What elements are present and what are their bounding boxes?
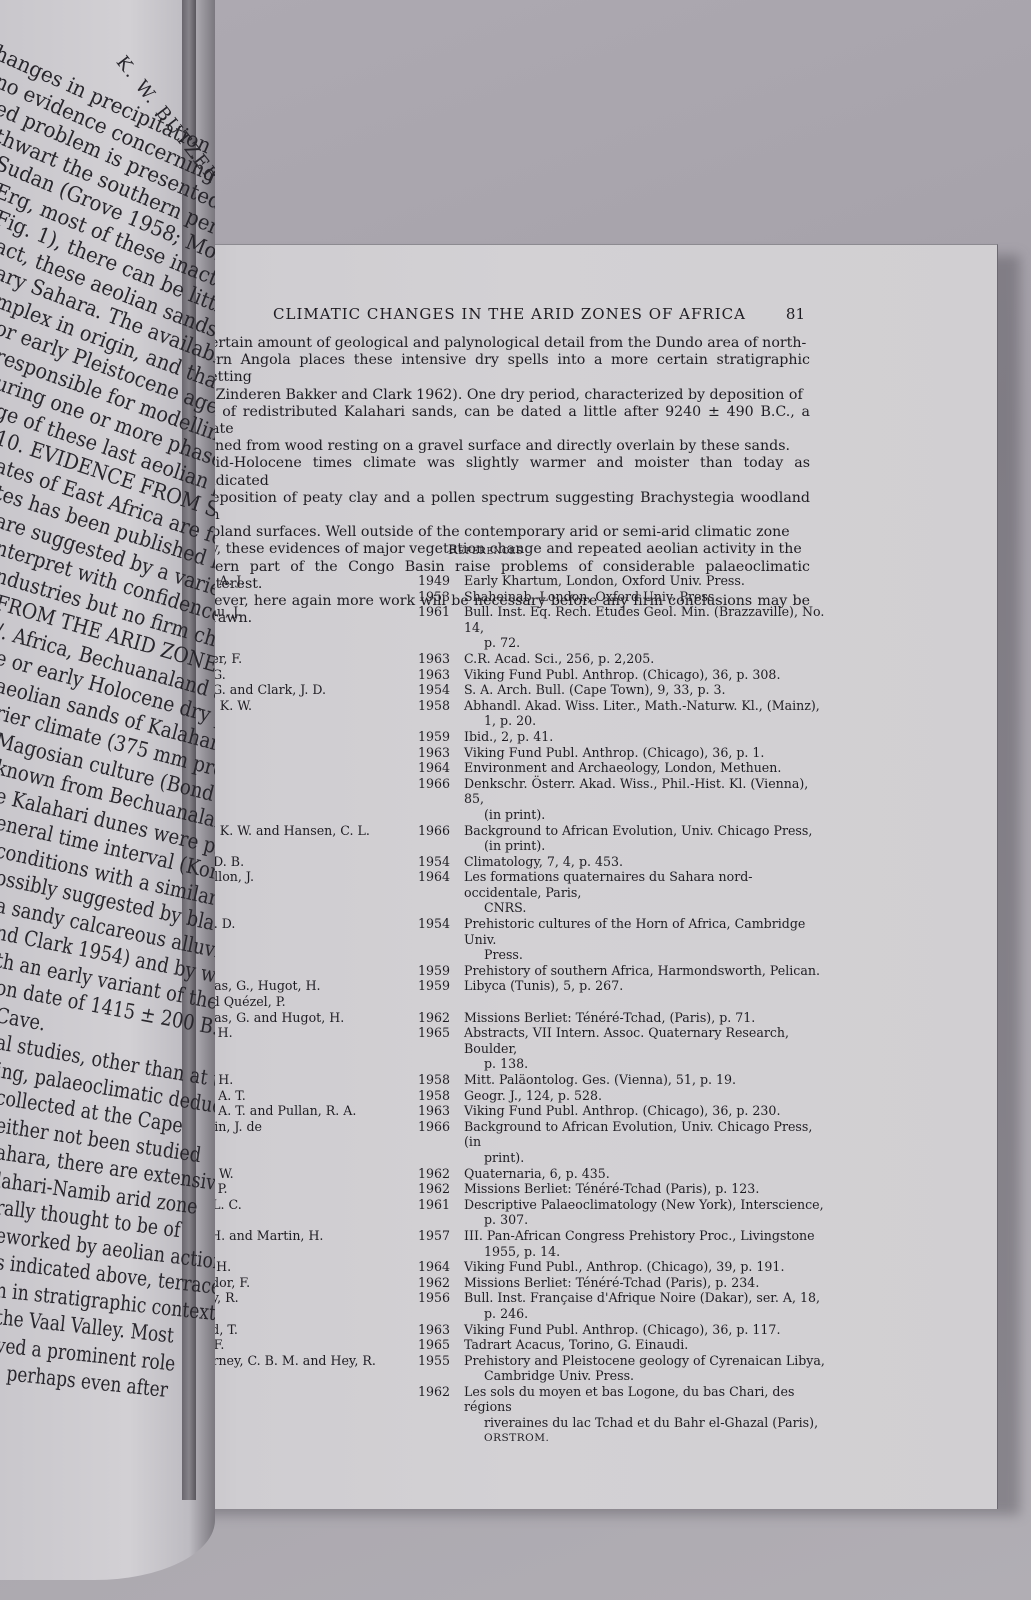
reference-year: 1964 — [388, 1259, 464, 1275]
body-line: m of redistributed Kalahari sands, can b… — [202, 404, 810, 438]
body-line: deposition of peaty clay and a pollen sp… — [202, 490, 810, 524]
reference-author: rn, H. and Martin, H. — [188, 1228, 388, 1259]
reference-year: 1963 — [388, 1322, 464, 1338]
reference-entry: librias, G. and Hugot, H.1962Missions Be… — [188, 1010, 828, 1026]
reference-entry: abador, F.1962Missions Berliet: Ténéré-T… — [188, 1275, 828, 1291]
reference-entry: onod, T.1963Viking Fund Publ. Anthrop. (… — [188, 1322, 828, 1338]
reference-source: Quaternaria, 6, p. 435. — [464, 1166, 828, 1182]
reference-source: Viking Fund Publ. Anthrop. (Chicago), 36… — [464, 1322, 828, 1338]
reference-source: Viking Fund Publ. Anthrop. (Chicago), 36… — [464, 1103, 828, 1119]
reference-author: auny, R. — [188, 1290, 388, 1321]
reference-author: onod, T. — [188, 1322, 388, 1338]
running-head: CLIMATIC CHANGES IN THE ARID ZONES OF AF… — [273, 305, 746, 323]
reference-entry: ng, L. C.1961Descriptive Palaeoclimatolo… — [188, 1197, 828, 1228]
reference-year: 1965 — [388, 1025, 464, 1072]
reference-year: 1962 — [388, 1181, 464, 1197]
reference-author — [188, 729, 388, 745]
reference-entry: ucher, F.1963C.R. Acad. Sci., 256, p. 2,… — [188, 651, 828, 667]
reference-entry: availlon, J.1964Les formations quaternai… — [188, 869, 828, 916]
reference-year: 1962 — [388, 1166, 464, 1182]
reference-entry: rn, H. and Martin, H.1957III. Pan-Africa… — [188, 1228, 828, 1259]
reference-author: librias, G., Hugot, H. and Quézel, P. — [188, 978, 388, 1009]
reference-year: 1963 — [388, 1103, 464, 1119]
reference-source: Background to African Evolution, Univ. C… — [464, 1119, 828, 1166]
reference-entry: ure, H.1965Abstracts, VII Intern. Assoc.… — [188, 1025, 828, 1072]
reference-source: S. A. Arch. Bull. (Cape Town), 9, 33, p.… — [464, 682, 828, 698]
body-line: upland surfaces. Well outside of the con… — [202, 524, 810, 541]
reference-author: ter, D. B. — [188, 854, 388, 870]
reference-author — [188, 760, 388, 776]
reference-source: Prehistory of southern Africa, Harmondsw… — [464, 963, 828, 979]
reference-entry: cBurney, C. B. M. and Hey, R. W.1955Preh… — [188, 1353, 828, 1384]
reference-year: 1963 — [388, 667, 464, 683]
reference-source: Bull. Inst. Française d'Afrique Noire (D… — [464, 1290, 828, 1321]
references-heading: References — [448, 543, 523, 558]
reference-entry: tzer, K. W. and Hansen, C. L.1966Backgro… — [188, 823, 828, 854]
reference-source: Ibid., 2, p. 41. — [464, 729, 828, 745]
reference-author: ori, F. — [188, 1337, 388, 1353]
reference-entry: 1964Environment and Archaeology, London,… — [188, 760, 828, 776]
reference-source: Missions Berliet: Ténéré-Tchad (Paris), … — [464, 1181, 828, 1197]
reference-author: librias, G. and Hugot, H. — [188, 1010, 388, 1026]
reference-entry: ori, F.1965Tadrart Acacus, Torino, G. Ei… — [188, 1337, 828, 1353]
reference-year: 1964 — [388, 760, 464, 776]
reference-source: Prehistoric cultures of the Horn of Afri… — [464, 916, 828, 963]
reference-year: 1953 — [388, 589, 464, 605]
reference-source: Denkschr. Österr. Akad. Wiss., Phil.-His… — [464, 776, 828, 823]
reference-entry: 1963Viking Fund Publ. Anthrop. (Chicago)… — [188, 745, 828, 761]
reference-year: 1958 — [388, 1088, 464, 1104]
reference-author: tzer, K. W. — [188, 698, 388, 729]
reference-source: Abstracts, VII Intern. Assoc. Quaternary… — [464, 1025, 828, 1072]
reference-source: Missions Berliet: Ténéré-Tchad (Paris), … — [464, 1275, 828, 1291]
reference-source: III. Pan-African Congress Prehistory Pro… — [464, 1228, 828, 1259]
page-number: 81 — [786, 305, 805, 323]
reference-source: Libyca (Tunis), 5, p. 267. — [464, 978, 828, 1009]
reference-author: nd, G. and Clark, J. D. — [188, 682, 388, 698]
reference-author: rk, J. D. — [188, 916, 388, 963]
body-line: ained from wood resting on a gravel surf… — [202, 438, 810, 455]
reference-author: ote, H. — [188, 1259, 388, 1275]
reference-source: Bull. Inst. Eq. Rech. Etudes Geol. Min. … — [464, 604, 828, 651]
reference-entry: 1953Shaheinab, London, Oxford Univ. Pres… — [188, 589, 828, 605]
reference-author: s, J. — [188, 1384, 388, 1446]
body-line: tern Angola places these intensive dry s… — [202, 352, 810, 386]
reference-year: 1965 — [388, 1337, 464, 1353]
right-page: CLIMATIC CHANGES IN THE ARID ZONES OF AF… — [118, 244, 998, 1509]
reference-year: 1959 — [388, 729, 464, 745]
reference-author: ove, A. T. and Pullan, R. A. — [188, 1103, 388, 1119]
reference-year: 1961 — [388, 604, 464, 651]
reference-entry: 1959Prehistory of southern Africa, Harmo… — [188, 963, 828, 979]
reference-author: abador, F. — [188, 1275, 388, 1291]
reference-year: 1961 — [388, 1197, 464, 1228]
reference-year: 1955 — [388, 1353, 464, 1384]
reference-entry: librias, G., Hugot, H. and Quézel, P.195… — [188, 978, 828, 1009]
reference-author: tzer, K. W. and Hansen, C. L. — [188, 823, 388, 854]
reference-entry: rk, J. D.1954Prehistoric cultures of the… — [188, 916, 828, 963]
reference-author — [188, 963, 388, 979]
left-page: K. W. BUTZERhanges in precipitation or e… — [0, 0, 215, 1580]
reference-author: ng, L. C. — [188, 1197, 388, 1228]
reference-source: Abhandl. Akad. Wiss. Liter., Math.-Natur… — [464, 698, 828, 729]
body-line: n Zinderen Bakker and Clark 1962). One d… — [202, 387, 810, 404]
reference-author: ure, H. — [188, 1025, 388, 1072]
reference-year: 1958 — [388, 1072, 464, 1088]
reference-entry: nd, G. and Clark, J. D.1954S. A. Arch. B… — [188, 682, 828, 698]
reference-source: Climatology, 7, 4, p. 453. — [464, 854, 828, 870]
reference-source: Viking Fund Publ. Anthrop. (Chicago), 36… — [464, 745, 828, 761]
reference-entry: ote, H.1964Viking Fund Publ., Anthrop. (… — [188, 1259, 828, 1275]
reference-entry: anz, H.1958Mitt. Paläontolog. Ges. (Vien… — [188, 1072, 828, 1088]
reference-author: availlon, J. — [188, 869, 388, 916]
reference-entry: tzer, K. W.1958Abhandl. Akad. Wiss. Lite… — [188, 698, 828, 729]
reference-year: 1966 — [388, 1119, 464, 1166]
reference-year: 1954 — [388, 854, 464, 870]
reference-author: nd, G. — [188, 667, 388, 683]
reference-entry: ove, A. T.1958Geogr. J., 124, p. 528. — [188, 1088, 828, 1104]
reference-source: Viking Fund Publ. Anthrop. (Chicago), 36… — [464, 667, 828, 683]
body-line: certain amount of geological and palynol… — [202, 335, 810, 352]
reference-source: C.R. Acad. Sci., 256, p. 2,205. — [464, 651, 828, 667]
reference-year: 1954 — [388, 916, 464, 963]
reference-source: Geogr. J., 124, p. 528. — [464, 1088, 828, 1104]
reference-author: rbeau, J. — [188, 604, 388, 651]
reference-entry: ter, D. B.1954Climatology, 7, 4, p. 453. — [188, 854, 828, 870]
reference-author: ove, A. T. — [188, 1088, 388, 1104]
reference-entry: rbeau, J.1961Bull. Inst. Eq. Rech. Etude… — [188, 604, 828, 651]
reference-source: Background to African Evolution, Univ. C… — [464, 823, 828, 854]
reference-source: Viking Fund Publ., Anthrop. (Chicago), 3… — [464, 1259, 828, 1275]
references-list: kell, A. J.1949Early Khartum, London, Ox… — [188, 573, 828, 1446]
reference-author — [188, 776, 388, 823]
reference-entry: s, J.1962Les sols du moyen et bas Logone… — [188, 1384, 828, 1446]
reference-author: cBurney, C. B. M. and Hey, R. W. — [188, 1353, 388, 1384]
reference-year: 1949 — [388, 573, 464, 589]
reference-source: Les formations quaternaires du Sahara no… — [464, 869, 828, 916]
reference-author: ard, P. — [188, 1181, 388, 1197]
reference-year: 1963 — [388, 745, 464, 761]
reference-source: Prehistory and Pleistocene geology of Cy… — [464, 1353, 828, 1384]
reference-entry: nd, G.1963Viking Fund Publ. Anthrop. (Ch… — [188, 667, 828, 683]
reference-author — [188, 745, 388, 761]
reference-entry: ove, A. T. and Pullan, R. A.1963Viking F… — [188, 1103, 828, 1119]
reference-year: 1954 — [388, 682, 464, 698]
reference-year: 1963 — [388, 651, 464, 667]
reference-source: Early Khartum, London, Oxford Univ. Pres… — [464, 573, 828, 589]
reference-year: 1959 — [388, 963, 464, 979]
reference-author — [188, 589, 388, 605]
reference-entry: kell, A. J.1949Early Khartum, London, Ox… — [188, 573, 828, 589]
reference-entry: nzelin, J. de1966Background to African E… — [188, 1119, 828, 1166]
reference-entry: auny, R.1956Bull. Inst. Française d'Afri… — [188, 1290, 828, 1321]
reference-year: 1957 — [388, 1228, 464, 1259]
reference-year: 1956 — [388, 1290, 464, 1321]
reference-year: 1964 — [388, 869, 464, 916]
reference-source: Missions Berliet: Ténéré-Tchad, (Paris),… — [464, 1010, 828, 1026]
reference-year: 1962 — [388, 1010, 464, 1026]
reference-source: Descriptive Palaeoclimatology (New York)… — [464, 1197, 828, 1228]
reference-source: Tadrart Acacus, Torino, G. Einaudi. — [464, 1337, 828, 1353]
reference-year: 1966 — [388, 823, 464, 854]
reference-year: 1958 — [388, 698, 464, 729]
reference-author: y, R. W. — [188, 1166, 388, 1182]
reference-source: Les sols du moyen et bas Logone, du bas … — [464, 1384, 828, 1446]
reference-year: 1962 — [388, 1384, 464, 1446]
reference-entry: ard, P.1962Missions Berliet: Ténéré-Tcha… — [188, 1181, 828, 1197]
reference-source: Mitt. Paläontolog. Ges. (Vienna), 51, p.… — [464, 1072, 828, 1088]
reference-source: Environment and Archaeology, London, Met… — [464, 760, 828, 776]
reference-entry: y, R. W.1962Quaternaria, 6, p. 435. — [188, 1166, 828, 1182]
reference-author: anz, H. — [188, 1072, 388, 1088]
reference-year: 1962 — [388, 1275, 464, 1291]
reference-year: 1966 — [388, 776, 464, 823]
body-line: mid-Holocene times climate was slightly … — [202, 455, 810, 489]
reference-entry: 1959Ibid., 2, p. 41. — [188, 729, 828, 745]
reference-author: ucher, F. — [188, 651, 388, 667]
reference-source: Shaheinab, London, Oxford Univ. Press. — [464, 589, 828, 605]
reference-year: 1959 — [388, 978, 464, 1009]
reference-entry: 1966Denkschr. Österr. Akad. Wiss., Phil.… — [188, 776, 828, 823]
reference-author: nzelin, J. de — [188, 1119, 388, 1166]
reference-author: kell, A. J. — [188, 573, 388, 589]
